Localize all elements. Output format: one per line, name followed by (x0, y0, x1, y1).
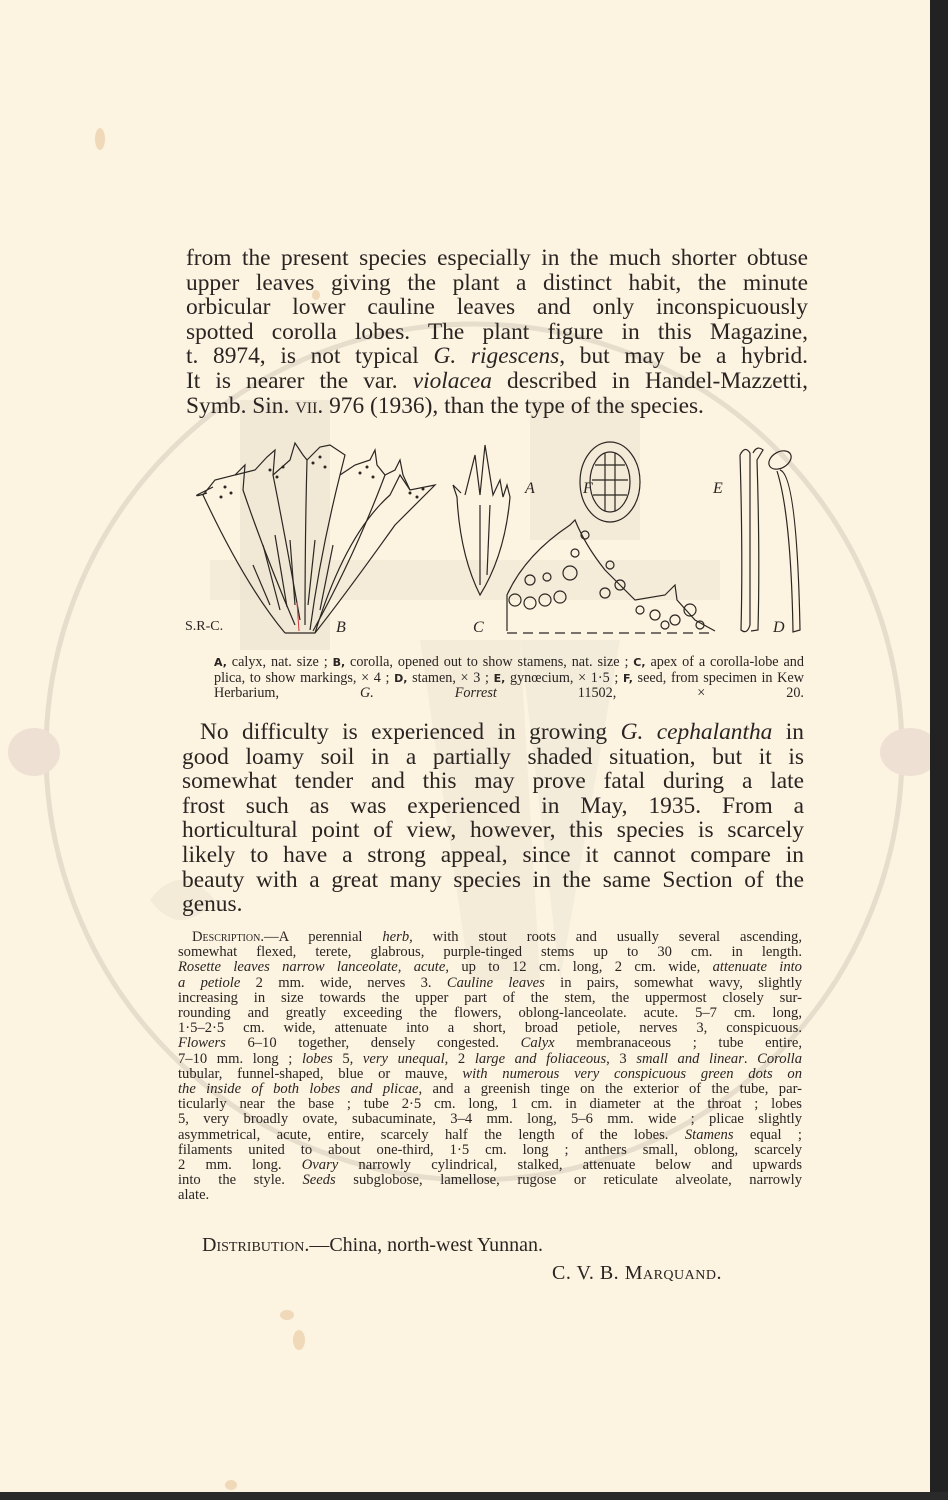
document-page: from the present species especially in t… (0, 0, 930, 1492)
text-line: good loamy soil in a partially shaded si… (182, 745, 804, 770)
text-run: membranaceous ; tube entire, (555, 1035, 802, 1051)
distribution-text: —China, north-west Yunnan. (309, 1234, 543, 1256)
author-signature: C. V. B. Marquand. (552, 1262, 722, 1285)
text-line: ticularly near the base ; tube 2·5 cm. l… (178, 1097, 802, 1112)
caption-label-a: A, (214, 656, 227, 669)
text-run: small and linear (636, 1051, 744, 1067)
corolla-lobe-drawing (507, 520, 715, 633)
text-run: in (772, 719, 804, 745)
species-name: G. rigescens (433, 343, 559, 369)
volume-number: vii (295, 393, 317, 419)
stamen-drawing (766, 447, 800, 632)
text-run: Corolla (757, 1051, 802, 1067)
text-line: frost such as was experienced in May, 19… (182, 794, 804, 819)
text-run: 5, (333, 1051, 363, 1067)
label-f: F (583, 480, 593, 498)
text-run: with numerous very conspicuous green dot… (462, 1066, 802, 1082)
text-run: Seeds (302, 1172, 335, 1188)
text-run: calyx, nat. size ; (227, 654, 333, 670)
text-run: asymmetrical, acute, entire, scarcely ha… (178, 1127, 685, 1143)
text-line: orbicular lower cauline leaves and only … (186, 295, 808, 320)
species-name: G. cephalantha (621, 719, 773, 745)
text-line: horticultural point of view, however, th… (182, 818, 804, 843)
text-line: Symb. Sin. vii. 976 (1936), than the typ… (186, 394, 808, 419)
gynoecium-drawing (740, 448, 763, 632)
text-run: in pairs, somewhat wavy, slightly (545, 975, 802, 991)
text-run: Flowers (178, 1035, 226, 1051)
text-run: tubular, funnel-shaped, blue or mauve, (178, 1066, 462, 1082)
text-run: subglobose, lamellose, rugose or reticul… (336, 1172, 802, 1188)
text-run: herb (382, 929, 409, 945)
caption-label-b: B, (333, 656, 346, 669)
botanical-figure: S.R-C. B A F E C D (195, 435, 825, 645)
text-run: large and foliaceous (475, 1051, 606, 1067)
text-line: tubular, funnel-shaped, blue or mauve, w… (178, 1067, 802, 1082)
label-e: E (713, 480, 723, 498)
text-line: 1·5–2·5 cm. wide, attenuate into a short… (178, 1021, 802, 1036)
text-run: very unequal (363, 1051, 445, 1067)
label-d: D (773, 619, 785, 637)
text-run: lobes (302, 1051, 333, 1067)
text-line: from the present species especially in t… (186, 246, 808, 271)
text-run: corolla, opened out to show stamens, nat… (345, 654, 633, 670)
text-run: , 3 (606, 1051, 636, 1067)
text-line: No difficulty is experienced in growing … (182, 720, 804, 745)
text-run: It is nearer the var. (186, 368, 413, 394)
text-run: 2 mm. long. (178, 1157, 302, 1173)
text-line: likely to have a strong appeal, since it… (182, 843, 804, 868)
paper-stain (280, 1310, 294, 1320)
variety-name: violacea (413, 368, 492, 394)
text-line: genus. (182, 892, 804, 917)
distribution-line: Distribution.—China, north-west Yunnan. (202, 1234, 543, 1257)
text-run: 7–10 mm. long ; (178, 1051, 302, 1067)
text-run: Ovary (302, 1157, 338, 1173)
author-surname: Marquand. (625, 1262, 722, 1284)
text-run: , but may be a hybrid. (559, 343, 808, 369)
text-line: 7–10 mm. long ; lobes 5, very unequal, 2… (178, 1052, 802, 1067)
text-line: into the style. Seeds subglobose, lamell… (178, 1173, 802, 1188)
text-run: equal ; (734, 1127, 802, 1143)
text-run: —A perennial (264, 929, 382, 945)
text-run: No difficulty is experienced in growing (200, 719, 621, 745)
text-run: . (744, 1051, 757, 1067)
caption-line: A, calyx, nat. size ; B, corolla, opened… (200, 655, 804, 702)
scan-background-edge (0, 1492, 948, 1500)
text-run: stamen, × 3 ; (407, 670, 493, 686)
text-run: gynœcium, × 1·5 ; (505, 670, 623, 686)
text-run: into the style. (178, 1172, 302, 1188)
artist-initials: S.R-C. (185, 619, 223, 635)
intro-paragraph: from the present species especially in t… (186, 246, 808, 418)
text-run: the inside of both lobes and plicae (178, 1081, 418, 1097)
text-line: 5, very broadly ovate, subacuminate, 3–4… (178, 1112, 802, 1127)
text-run: t. 8974, is not typical (186, 343, 433, 369)
text-run: 6–10 together, densely congested. (226, 1035, 521, 1051)
text-run: . 976 (1936), than the type of the speci… (317, 393, 704, 419)
text-run: , and a greenish tinge on the exterior o… (418, 1081, 802, 1097)
text-line: 2 mm. long. Ovary narrowly cylindrical, … (178, 1158, 802, 1173)
text-line: upper leaves giving the plant a distinct… (186, 271, 808, 296)
paper-stain (293, 1330, 305, 1350)
text-run: Cauline leaves (447, 975, 545, 991)
text-line: somewhat flexed, terete, glabrous, purpl… (178, 945, 802, 960)
text-run: , 2 (445, 1051, 475, 1067)
corolla-dots (220, 456, 425, 499)
description-heading: Description. (192, 929, 264, 945)
text-line: asymmetrical, acute, entire, scarcely ha… (178, 1128, 802, 1143)
label-c: C (473, 619, 484, 637)
text-run: Rosette leaves narrow lanceolate, acute (178, 959, 445, 975)
text-line: somewhat tender and this may prove fatal… (182, 769, 804, 794)
collector-name: G. Forrest (360, 685, 497, 701)
text-line: beauty with a great many species in the … (182, 868, 804, 893)
text-run: , with stout roots and usually several a… (409, 929, 802, 945)
author-initials: C. V. B. (552, 1262, 625, 1284)
text-run: 2 mm. wide, nerves 3. (240, 975, 447, 991)
distribution-heading: Distribution. (202, 1234, 309, 1256)
text-run: described in Handel-Mazzetti, (492, 368, 808, 394)
caption-label-e: E, (494, 672, 506, 685)
text-run: attenuate into (713, 959, 802, 975)
text-line: rounding and greatly exceeding the flowe… (178, 1006, 802, 1021)
text-run: Stamens (685, 1127, 734, 1143)
caption-label-d: D, (394, 672, 407, 685)
text-line: filaments united to about one-third, 1·5… (178, 1143, 802, 1158)
paper-stain (95, 128, 105, 150)
label-a: A (525, 480, 535, 498)
text-line: alate. (178, 1188, 802, 1203)
description-section: Description.—A perennial herb, with stou… (178, 930, 802, 1204)
text-line: t. 8974, is not typical G. rigescens, bu… (186, 344, 808, 369)
text-line: a petiole 2 mm. wide, nerves 3. Cauline … (178, 976, 802, 991)
caption-label-c: C, (633, 656, 645, 669)
text-line: the inside of both lobes and plicae, and… (178, 1082, 802, 1097)
caption-label-f: F, (623, 672, 633, 685)
text-run: 11502, × 20. (497, 685, 804, 701)
text-run: a petiole (178, 975, 240, 991)
paper-stain (225, 1480, 237, 1490)
text-run: narrowly cylindrical, stalked, attenuate… (338, 1157, 802, 1173)
figure-caption: A, calyx, nat. size ; B, corolla, opened… (200, 655, 804, 702)
text-line: Rosette leaves narrow lanceolate, acute,… (178, 960, 802, 975)
calyx-drawing (453, 445, 510, 595)
text-run: Symb. Sin. (186, 393, 295, 419)
corolla-drawing (197, 443, 435, 633)
cultivation-paragraph: No difficulty is experienced in growing … (182, 720, 804, 917)
text-line: spotted corolla lobes. The plant figure … (186, 320, 808, 345)
text-run: , up to 12 cm. long, 2 cm. wide, (445, 959, 712, 975)
scan-background-edge (930, 0, 948, 1500)
figure-drawing (195, 435, 825, 645)
label-b: B (336, 619, 346, 637)
text-run: Calyx (521, 1035, 555, 1051)
text-line: It is nearer the var. violacea described… (186, 369, 808, 394)
text-line: Flowers 6–10 together, densely congested… (178, 1036, 802, 1051)
text-line: increasing in size towards the upper par… (178, 991, 802, 1006)
text-line: Description.—A perennial herb, with stou… (178, 930, 802, 945)
